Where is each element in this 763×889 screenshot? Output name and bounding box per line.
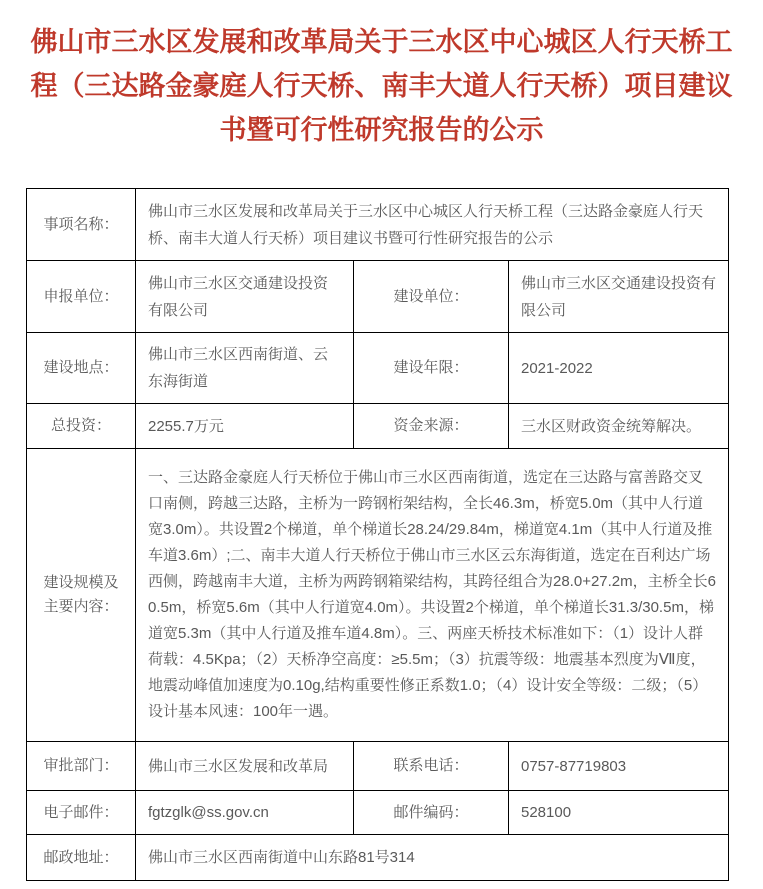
table-row: 总投资： 2255.7万元 资金来源： 三水区财政资金统筹解决。 xyxy=(27,404,729,449)
value-contact-phone: 0757-87719803 xyxy=(509,742,729,791)
value-scale-and-content: 一、三达路金豪庭人行天桥位于佛山市三水区西南街道，选定在三达路与富善路交叉口南侧… xyxy=(136,449,729,742)
label-total-investment: 总投资： xyxy=(27,404,136,449)
notice-page: 佛山市三水区发展和改革局关于三水区中心城区人行天桥工程（三达路金豪庭人行天桥、南… xyxy=(0,0,763,889)
value-construction-period: 2021-2022 xyxy=(509,333,729,404)
value-postal-code: 528100 xyxy=(509,791,729,835)
value-approval-department: 佛山市三水区发展和改革局 xyxy=(136,742,354,791)
label-construction-period: 建设年限： xyxy=(354,333,509,404)
label-approval-department: 审批部门： xyxy=(27,742,136,791)
label-contact-phone: 联系电话： xyxy=(354,742,509,791)
value-applicant-unit: 佛山市三水区交通建设投资有限公司 xyxy=(136,261,354,333)
table-row: 事项名称： 佛山市三水区发展和改革局关于三水区中心城区人行天桥工程（三达路金豪庭… xyxy=(27,189,729,261)
label-scale-and-content: 建设规模及 主要内容： xyxy=(27,449,136,742)
label-postal-code: 邮件编码： xyxy=(354,791,509,835)
value-construction-site: 佛山市三水区西南街道、云东海街道 xyxy=(136,333,354,404)
label-postal-address: 邮政地址： xyxy=(27,835,136,881)
page-title: 佛山市三水区发展和改革局关于三水区中心城区人行天桥工程（三达路金豪庭人行天桥、南… xyxy=(0,0,763,152)
value-email: fgtzglk@ss.gov.cn xyxy=(136,791,354,835)
value-postal-address: 佛山市三水区西南街道中山东路81号314 xyxy=(136,835,729,881)
value-total-investment: 2255.7万元 xyxy=(136,404,354,449)
table-row: 邮政地址： 佛山市三水区西南街道中山东路81号314 xyxy=(27,835,729,881)
label-construction-unit: 建设单位： xyxy=(354,261,509,333)
notice-table: 事项名称： 佛山市三水区发展和改革局关于三水区中心城区人行天桥工程（三达路金豪庭… xyxy=(26,188,729,881)
label-item-name: 事项名称： xyxy=(27,189,136,261)
label-applicant-unit: 申报单位： xyxy=(27,261,136,333)
label-fund-source: 资金来源： xyxy=(354,404,509,449)
table-row: 审批部门： 佛山市三水区发展和改革局 联系电话： 0757-87719803 xyxy=(27,742,729,791)
label-email: 电子邮件： xyxy=(27,791,136,835)
table-row: 建设地点： 佛山市三水区西南街道、云东海街道 建设年限： 2021-2022 xyxy=(27,333,729,404)
value-fund-source: 三水区财政资金统筹解决。 xyxy=(509,404,729,449)
value-construction-unit: 佛山市三水区交通建设投资有限公司 xyxy=(509,261,729,333)
value-item-name: 佛山市三水区发展和改革局关于三水区中心城区人行天桥工程（三达路金豪庭人行天桥、南… xyxy=(136,189,729,261)
table-row: 电子邮件： fgtzglk@ss.gov.cn 邮件编码： 528100 xyxy=(27,791,729,835)
table-row: 申报单位： 佛山市三水区交通建设投资有限公司 建设单位： 佛山市三水区交通建设投… xyxy=(27,261,729,333)
table-row: 建设规模及 主要内容： 一、三达路金豪庭人行天桥位于佛山市三水区西南街道，选定在… xyxy=(27,449,729,742)
label-construction-site: 建设地点： xyxy=(27,333,136,404)
